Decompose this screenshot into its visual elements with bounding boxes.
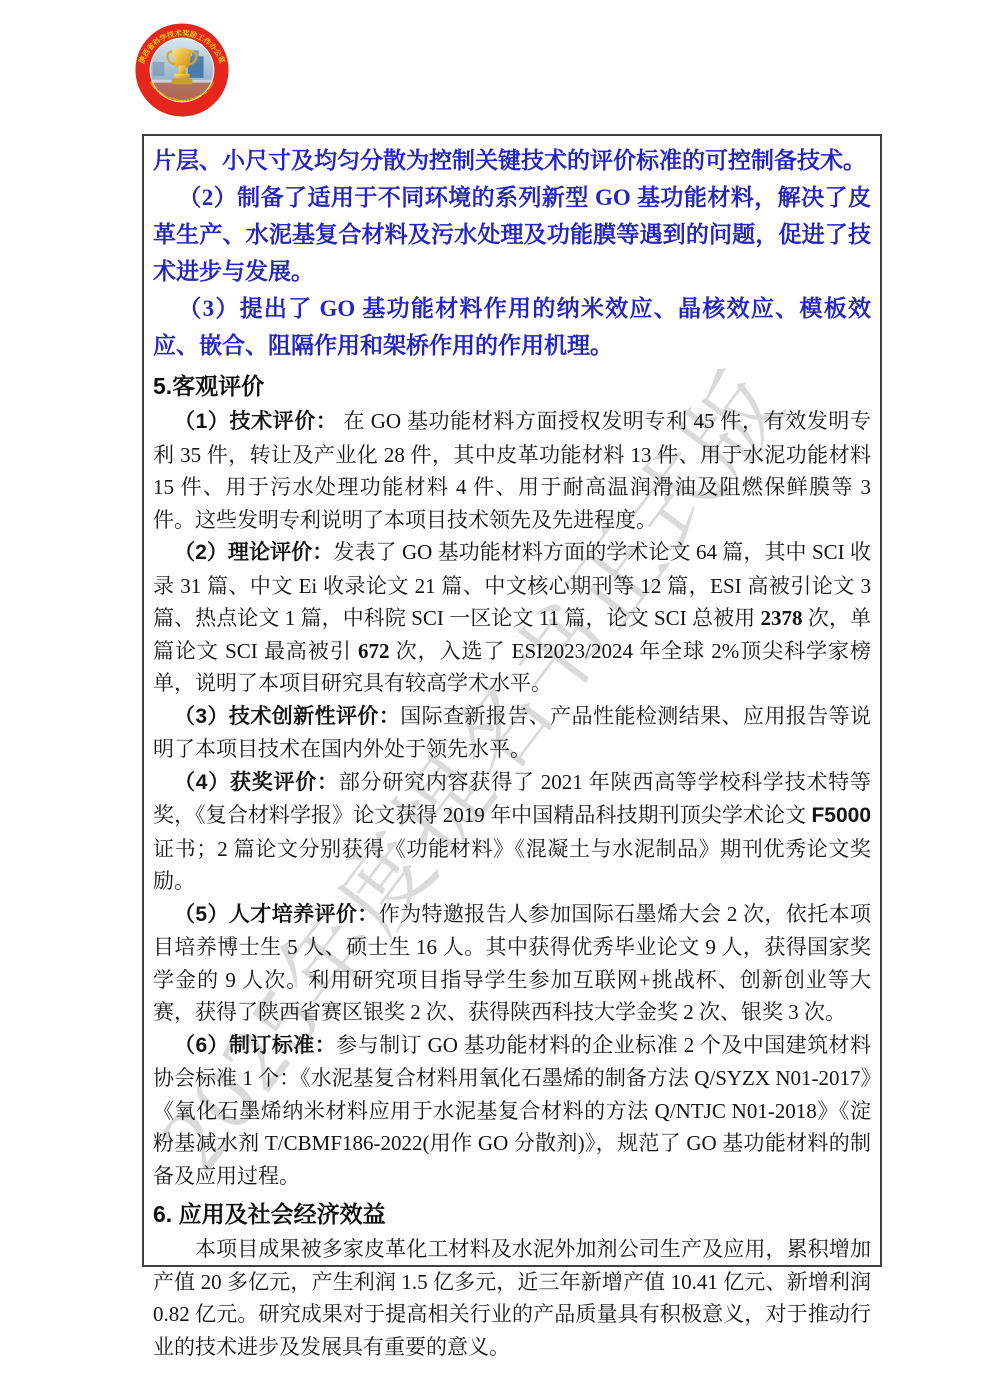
evaluation-item-label: （6）制订标准： — [174, 1034, 336, 1057]
blue-paragraph: （3）提出了 GO 基功能材料作用的纳米效应、晶核效应、模板效应、嵌合、阻隔作用… — [153, 290, 871, 364]
evaluation-item: （2）理论评价：发表了 GO 基功能材料方面的学术论文 64 篇，其中 SCI … — [153, 536, 871, 700]
document-page: 陕西省科学技术奖励工作办公室 Shaanxi Office Of Science… — [0, 0, 990, 1399]
evaluation-item-label: （1）技术评价： — [174, 410, 337, 433]
evaluation-item-label: （5）人才培养评价： — [174, 903, 379, 926]
evaluation-item-label: （2）理论评价： — [174, 541, 333, 564]
content-box: 片层、小尺寸及均匀分散为控制关键技术的评价标准的可控制备技术。（2）制备了适用于… — [142, 134, 882, 1267]
section6-heading: 6. 应用及社会经济效益 — [153, 1197, 871, 1231]
evaluation-item: （6）制订标准：参与制订 GO 基功能材料的企业标准 2 个及中国建筑材料协会标… — [153, 1029, 871, 1193]
award-office-logo: 陕西省科学技术奖励工作办公室 Shaanxi Office Of Science… — [133, 21, 231, 119]
evaluation-item: （5）人才培养评价：作为特邀报告人参加国际石墨烯大会 2 次，依托本项目培养博士… — [153, 898, 871, 1029]
blue-paragraphs: 片层、小尺寸及均匀分散为控制关键技术的评价标准的可控制备技术。（2）制备了适用于… — [153, 142, 871, 364]
blue-paragraph: （2）制备了适用于不同环境的系列新型 GO 基功能材料，解决了皮革生产、水泥基复… — [153, 179, 871, 290]
evaluation-item: （1）技术评价： 在 GO 基功能材料方面授权发明专利 45 件，有效发明专利 … — [153, 405, 871, 536]
blue-paragraph: 片层、小尺寸及均匀分散为控制关键技术的评价标准的可控制备技术。 — [153, 142, 871, 179]
evaluation-item: （3）技术创新性评价：国际查新报告、产品性能检测结果、应用报告等说明了本项目技术… — [153, 700, 871, 766]
evaluation-item-text: 672 — [358, 639, 390, 663]
award-office-seal-icon: 陕西省科学技术奖励工作办公室 Shaanxi Office Of Science… — [133, 21, 231, 119]
evaluation-item-text: F5000 — [811, 804, 871, 827]
evaluation-item-label: （3）技术创新性评价： — [174, 705, 400, 728]
evaluation-item: （4）获奖评价：部分研究内容获得了 2021 年陕西高等学校科学技术特等奖，《复… — [153, 766, 871, 898]
section5-heading: 5.客观评价 — [153, 369, 871, 403]
evaluation-item-label: （4）获奖评价： — [174, 771, 339, 794]
evaluation-item-text: 2378 — [761, 606, 803, 630]
section5-items: （1）技术评价： 在 GO 基功能材料方面授权发明专利 45 件，有效发明专利 … — [153, 405, 871, 1192]
evaluation-item-text: 证书；2 篇论文分别获得《功能材料》《混凝土与水泥制品》期刊优秀论文奖励。 — [153, 837, 871, 894]
section6-paragraph: 本项目成果被多家皮革化工材料及水泥外加剂公司生产及应用，累积增加产值 20 多亿… — [153, 1233, 871, 1363]
